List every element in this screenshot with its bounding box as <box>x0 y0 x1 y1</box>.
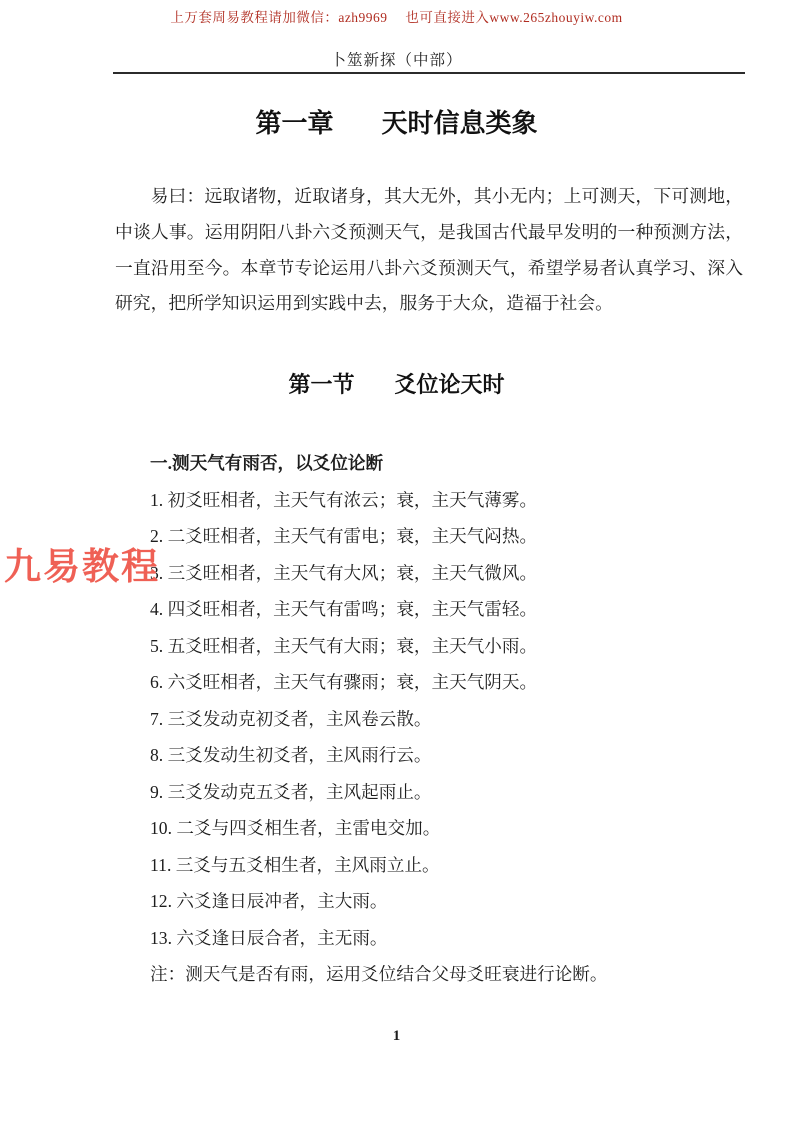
page-number: 1 <box>0 1028 793 1045</box>
list-item: 2. 二爻旺相者，主天气有雷电；衰，主天气闷热。 <box>150 518 750 555</box>
list-item: 10. 二爻与四爻相生者，主雷电交加。 <box>150 810 750 847</box>
list-item: 6. 六爻旺相者，主天气有骤雨；衰，主天气阴天。 <box>150 664 750 701</box>
watermark-text: 九易教程 <box>4 536 160 590</box>
section-title: 第一节爻位论天时 <box>0 368 793 399</box>
list-heading: 一.测天气有雨否，以爻位论断 <box>150 445 750 482</box>
list-item: 1. 初爻旺相者，主天气有浓云；衰，主天气薄雾。 <box>150 482 750 519</box>
chapter-label: 第一章 <box>255 109 333 138</box>
list-item: 8. 三爻发动生初爻者，主风雨行云。 <box>150 737 750 774</box>
running-head-title: 卜筮新探（中部） <box>0 48 793 70</box>
list-item: 3. 三爻旺相者，主天气有大风；衰，主天气微风。 <box>150 555 750 592</box>
header-rule <box>113 72 745 74</box>
list-item: 4. 四爻旺相者，主天气有雷鸣；衰，主天气雷轻。 <box>150 591 750 628</box>
section-label: 第一节 <box>288 372 354 397</box>
chapter-name: 天时信息类象 <box>382 109 538 138</box>
list-item: 11. 三爻与五爻相生者，主风雨立止。 <box>150 847 750 884</box>
list-item: 13. 六爻逢日辰合者，主无雨。 <box>150 920 750 957</box>
list-item: 5. 五爻旺相者，主天气有大雨；衰，主天气小雨。 <box>150 628 750 665</box>
rules-list: 一.测天气有雨否，以爻位论断 1. 初爻旺相者，主天气有浓云；衰，主天气薄雾。 … <box>150 445 750 993</box>
intro-paragraph: 易曰：远取诸物，近取诸身，其大无外，其小无内；上可测天，下可测地，中谈人事。运用… <box>115 179 743 322</box>
list-item: 9. 三爻发动克五爻者，主风起雨止。 <box>150 774 750 811</box>
list-item: 7. 三爻发动克初爻者，主风卷云散。 <box>150 701 750 738</box>
section-name: 爻位论天时 <box>395 372 505 397</box>
list-item: 12. 六爻逢日辰冲者，主大雨。 <box>150 883 750 920</box>
promo-banner-text: 上万套周易教程请加微信：azh9969 也可直接进入www.265zhouyiw… <box>0 6 793 26</box>
list-note: 注：测天气是否有雨，运用爻位结合父母爻旺衰进行论断。 <box>150 956 750 993</box>
chapter-title: 第一章天时信息类象 <box>0 103 793 140</box>
